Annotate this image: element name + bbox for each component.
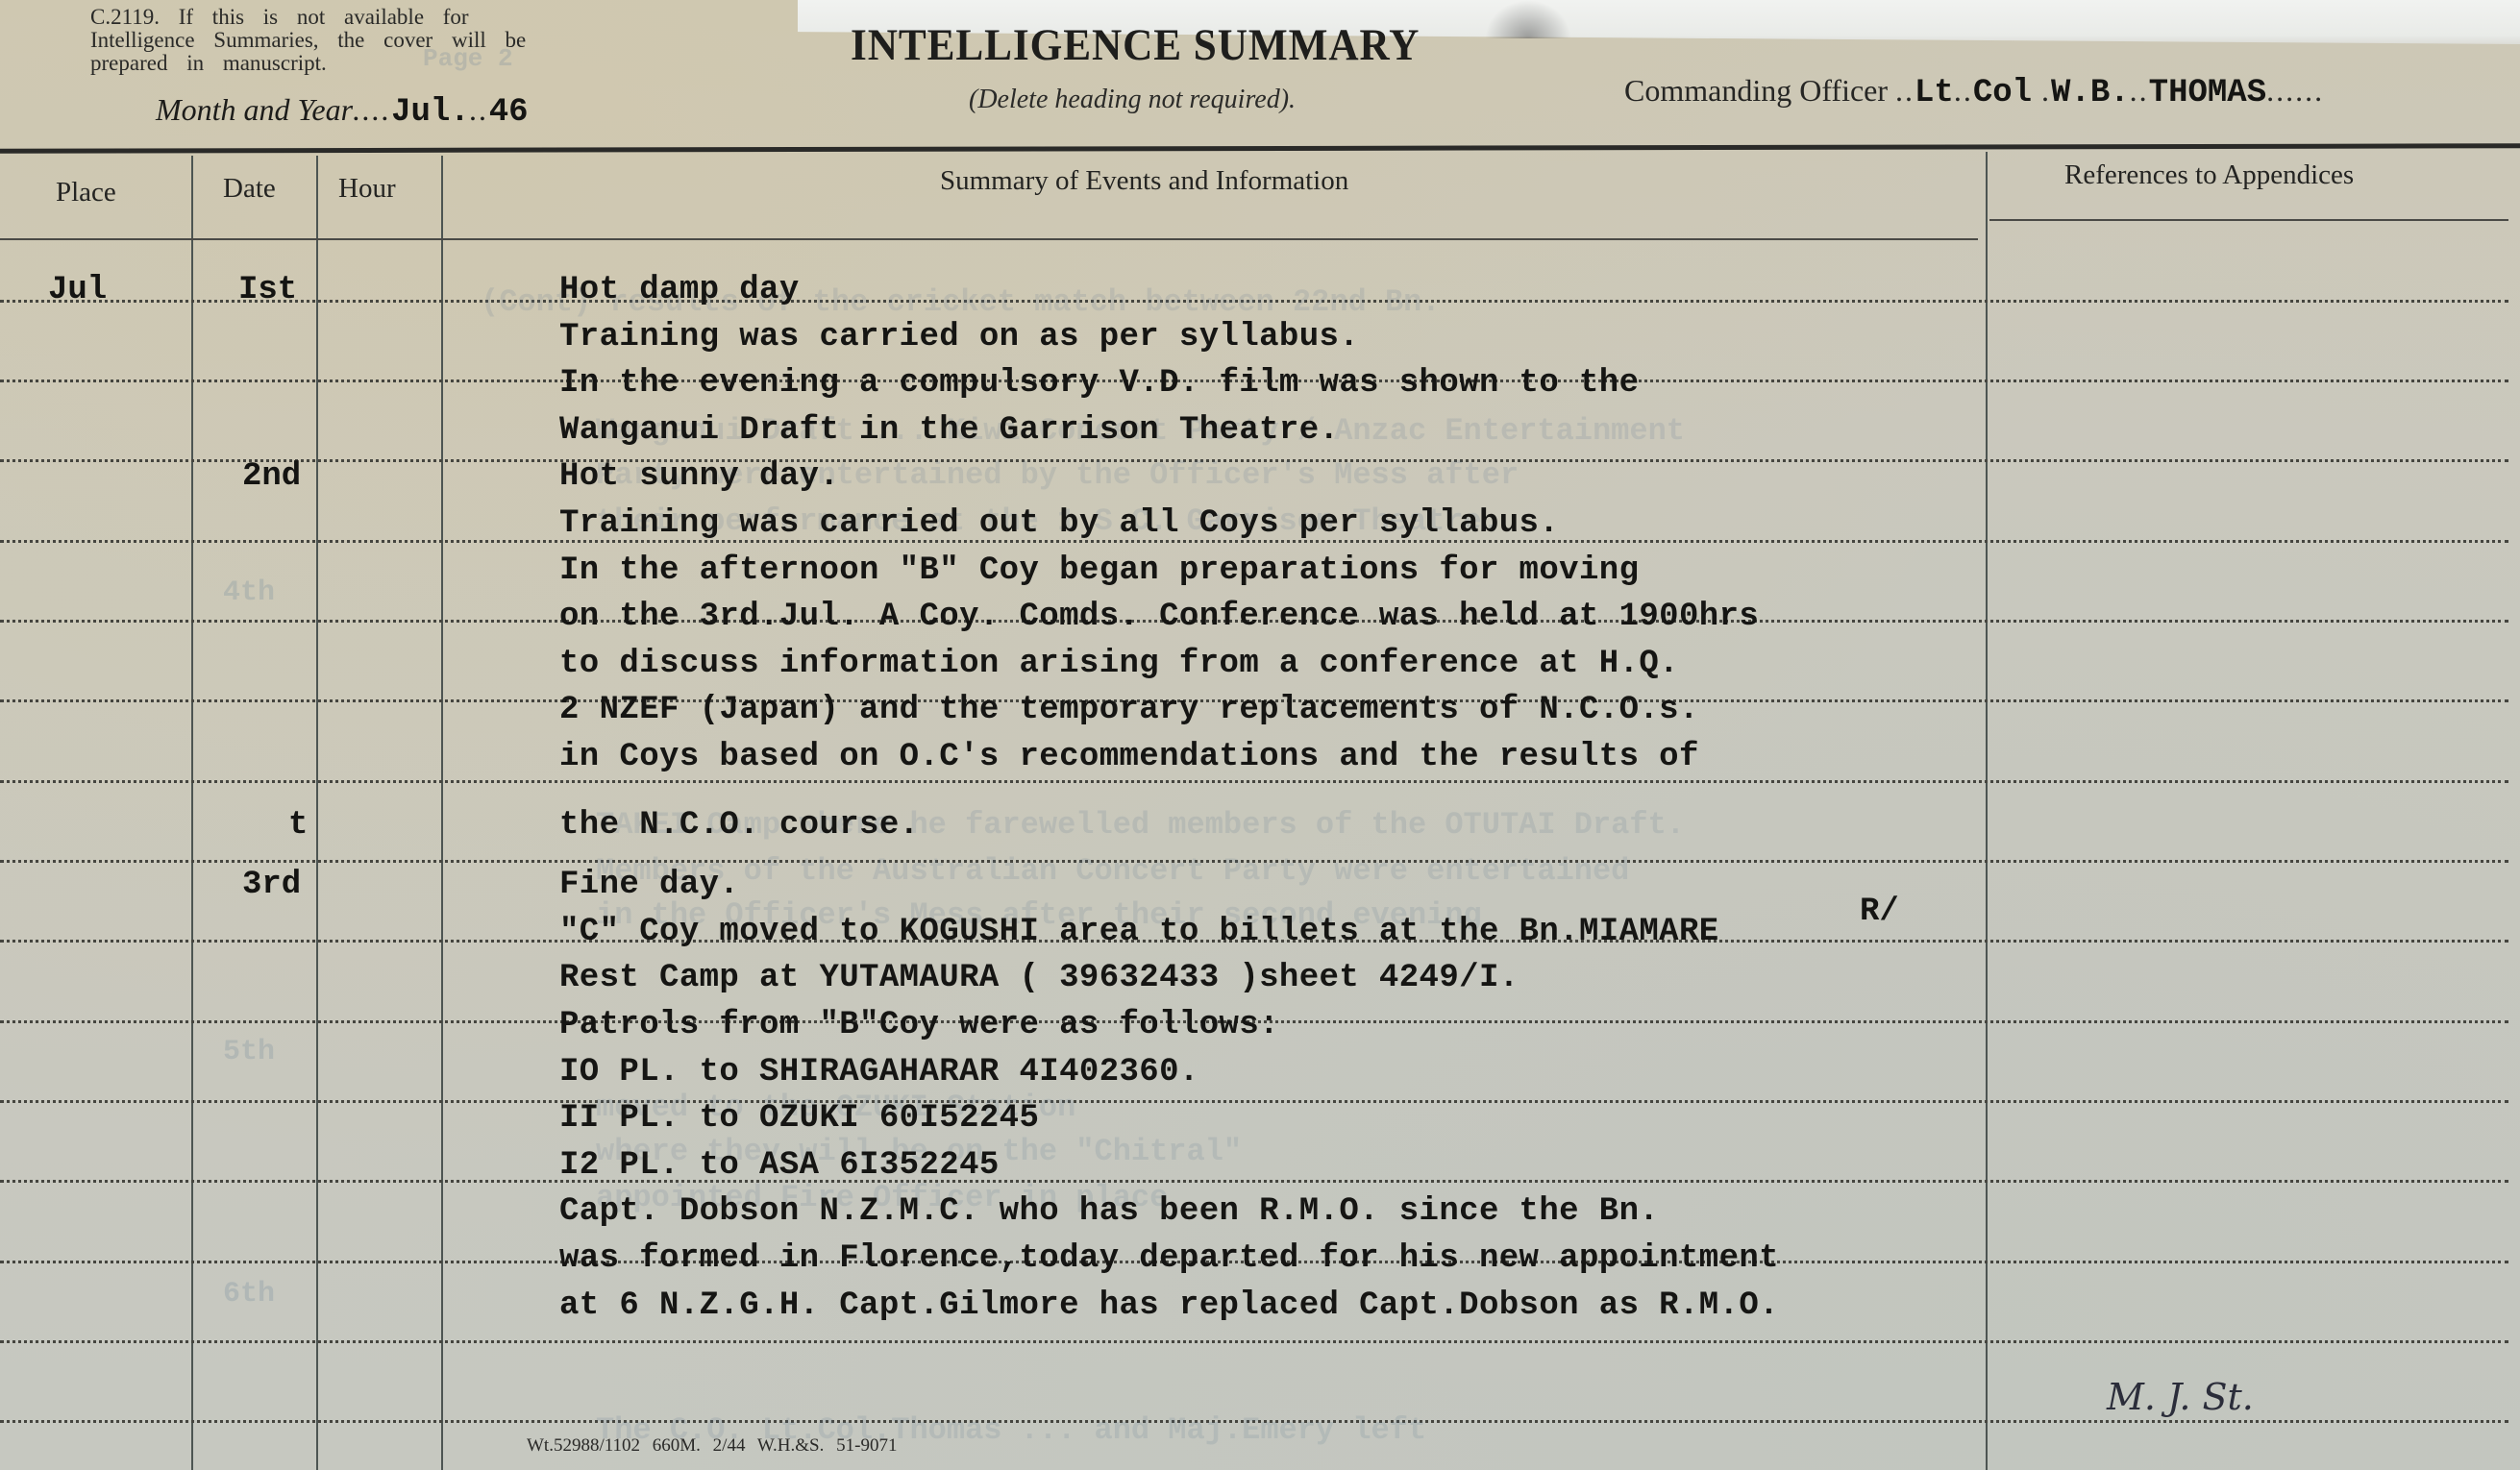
summary-line: in Coys based on O.C's recommendations a… xyxy=(559,739,1699,775)
month-year-field: Month and Year....Jul...46 xyxy=(156,92,529,131)
month-value: Jul. xyxy=(391,94,470,131)
co-rank: Lt xyxy=(1915,75,1954,111)
co-surname: THOMAS xyxy=(2149,75,2266,111)
page-mark: Page 2 xyxy=(423,44,513,73)
column-divider-date xyxy=(316,156,318,1470)
co-label: Commanding Officer xyxy=(1624,73,1888,108)
month-year-label: Month and Year xyxy=(156,92,353,127)
form-note-line: prepared in manuscript. xyxy=(90,52,705,75)
bleed-through-date: 5th xyxy=(223,1036,275,1068)
summary-line: Capt. Dobson N.Z.M.C. who has been R.M.O… xyxy=(559,1193,1659,1230)
co-rank2: Col xyxy=(1973,75,2032,111)
header-bottom-rule xyxy=(0,238,1978,240)
column-divider-hour xyxy=(441,156,443,1470)
ruled-line xyxy=(0,1340,2508,1343)
summary-line: I2 PL. to ASA 6I352245 xyxy=(559,1147,1000,1184)
signature-initials: M. J. St. xyxy=(2107,1376,2254,1418)
ruled-line xyxy=(0,1100,2508,1103)
printer-footer: Wt.52988/1102 660M. 2/44 W.H.&S. 51-9071 xyxy=(527,1435,897,1457)
entry-date: 2nd xyxy=(242,458,301,495)
margin-mark: t xyxy=(288,807,308,844)
co-initials: W.B. xyxy=(2051,75,2130,111)
summary-line: Patrols from "B"Coy were as follows: xyxy=(559,1007,1279,1043)
entry-date: 3rd xyxy=(242,867,301,903)
year-value: 46 xyxy=(489,94,529,131)
bleed-through-line: Members of the Australian Concert Party … xyxy=(596,853,1629,889)
entry-date: Ist xyxy=(238,272,297,308)
column-header-summary: Summary of Events and Information xyxy=(940,165,1348,197)
document-title: INTELLIGENCE SUMMARY xyxy=(851,19,1420,71)
summary-line: Rest Camp at YUTAMAURA ( 39632433 )sheet… xyxy=(559,960,1519,996)
margin-annotation: R/ xyxy=(1860,894,1899,930)
summary-line: In the afternoon "B" Coy began preparati… xyxy=(559,552,1639,589)
summary-line: Training was carried on as per syllabus. xyxy=(559,319,1359,355)
column-header-hour: Hour xyxy=(338,173,396,205)
summary-line: on the 3rd.Jul. A Coy. Comds. Conference… xyxy=(559,599,1759,635)
summary-line: Training was carried out by all Coys per… xyxy=(559,505,1559,542)
header-bottom-rule-ref xyxy=(1989,219,2508,221)
column-header-references: References to Appendices xyxy=(2064,159,2354,191)
form-instruction-note: C.2119. If this is not available for Int… xyxy=(90,6,705,75)
summary-line: "C" Coy moved to KOGUSHI area to billets… xyxy=(559,914,1719,950)
form-note-line: C.2119. If this is not available for xyxy=(90,6,705,29)
summary-line: 2 NZEF (Japan) and the temporary replace… xyxy=(559,692,1699,728)
summary-line: to discuss information arising from a co… xyxy=(559,646,1679,682)
summary-line: II PL. to OZUKI 60I52245 xyxy=(559,1100,1039,1137)
bleed-through-date: 4th xyxy=(223,576,275,609)
column-divider-place xyxy=(191,156,193,1470)
summary-line: Fine day. xyxy=(559,867,739,903)
ruled-line xyxy=(0,780,2508,783)
summary-line: Hot damp day xyxy=(559,272,800,308)
summary-line: IO PL. to SHIRAGAHARAR 4I402360. xyxy=(559,1054,1199,1090)
summary-line: at 6 N.Z.G.H. Capt.Gilmore has replaced … xyxy=(559,1287,1779,1324)
column-header-place: Place xyxy=(56,177,116,208)
entry-place: Jul xyxy=(48,272,107,308)
delete-heading-note: (Delete heading not required). xyxy=(969,85,1296,115)
form-note-line: Intelligence Summaries, the cover will b… xyxy=(90,29,705,52)
summary-line: was formed in Florence,today departed fo… xyxy=(559,1240,1779,1277)
summary-line: In the evening a compulsory V.D. film wa… xyxy=(559,365,1639,402)
summary-line: Hot sunny day. xyxy=(559,458,839,495)
column-divider-summary xyxy=(1986,152,1988,1470)
summary-line: Wanganui Draft in the Garrison Theatre. xyxy=(559,412,1339,449)
bleed-through-date: 6th xyxy=(223,1278,275,1311)
commanding-officer-field: Commanding Officer ..Lt..Col .W.B...THOM… xyxy=(1624,73,2324,111)
column-header-date: Date xyxy=(223,173,276,205)
ruled-line xyxy=(0,1180,2508,1183)
summary-line: the N.C.O. course. xyxy=(559,807,919,844)
paper-fold-shadow xyxy=(1485,0,1571,38)
